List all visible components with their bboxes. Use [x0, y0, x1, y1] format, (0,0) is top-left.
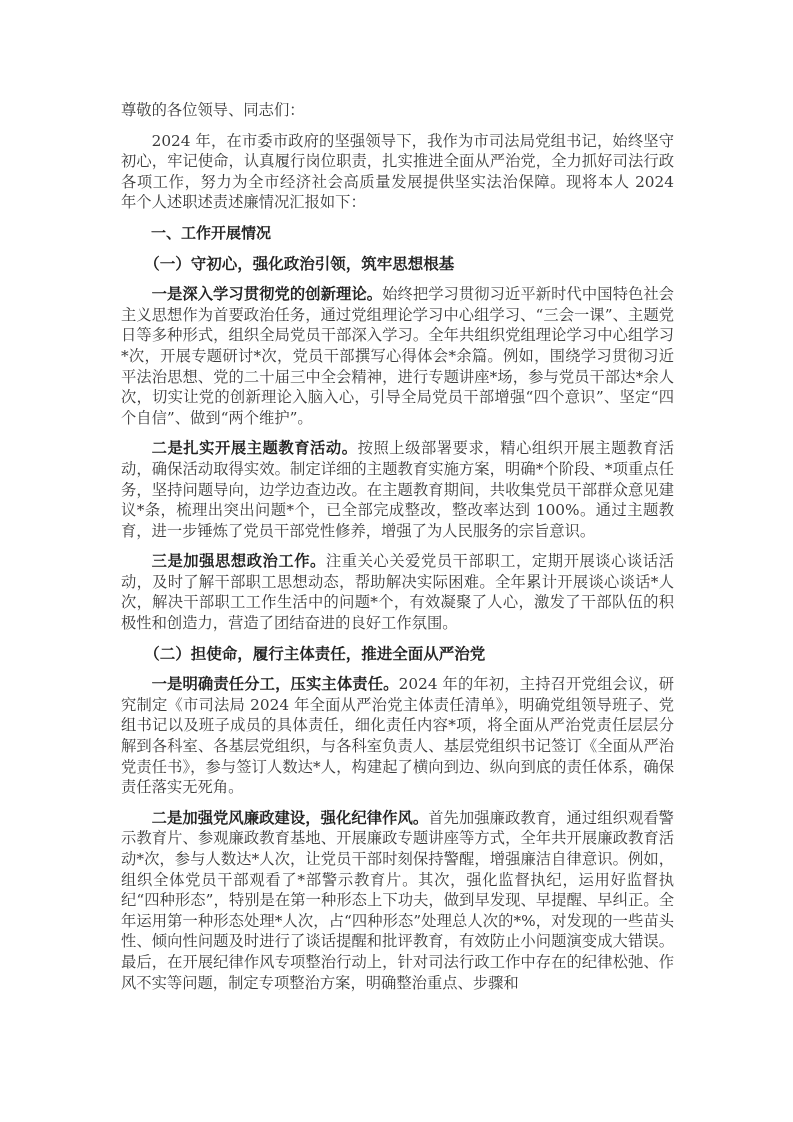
paragraph-theory-study: 一是深入学习贯彻党的创新理论。始终把学习贯彻习近平新时代中国特色社会主义思想作为…	[121, 284, 674, 428]
document-page: 尊敬的各位领导、同志们： 2024 年，在市委市政府的坚强领导下，我作为市司法局…	[121, 100, 674, 1003]
paragraph-theme-education: 二是扎实开展主题教育活动。按照上级部署要求，精心组织开展主题教育活动，确保活动取…	[121, 438, 674, 541]
subsection-heading-1: （一）守初心，强化政治引领，筑牢思想根基	[121, 254, 674, 275]
intro-paragraph: 2024 年，在市委市政府的坚强领导下，我作为市司法局党组书记，始终坚守初心，牢…	[121, 131, 674, 213]
paragraph-lead: 一是明确责任分工，压实主体责任。	[152, 675, 399, 693]
section-heading-work-overview: 一、工作开展情况	[121, 223, 674, 244]
paragraph-lead: 一是深入学习贯彻党的创新理论。	[152, 285, 383, 303]
paragraph-body: 2024 年的年初，主持召开党组会议，研究制定《市司法局 2024 年全面从严治…	[121, 675, 674, 796]
paragraph-lead: 二是扎实开展主题教育活动。	[152, 439, 358, 457]
salutation: 尊敬的各位领导、同志们：	[121, 100, 674, 121]
paragraph-clean-governance: 二是加强党风廉政建设，强化纪律作风。首先加强廉政教育，通过组织观看警示教育片、参…	[121, 808, 674, 993]
paragraph-responsibility: 一是明确责任分工，压实主体责任。2024 年的年初，主持召开党组会议，研究制定《…	[121, 674, 674, 798]
paragraph-body: 始终把学习贯彻习近平新时代中国特色社会主义思想作为首要政治任务，通过党组理论学习…	[121, 285, 674, 427]
paragraph-lead: 三是加强思想政治工作。	[152, 552, 326, 570]
paragraph-body: 首先加强廉政教育，通过组织观看警示教育片、参观廉政教育基地、开展廉政专题讲座等方…	[121, 809, 674, 992]
paragraph-political-work: 三是加强思想政治工作。注重关心关爱党员干部职工，定期开展谈心谈话活动，及时了解干…	[121, 551, 674, 633]
subsection-heading-2: （二）担使命，履行主体责任，推进全面从严治党	[121, 644, 674, 665]
paragraph-lead: 二是加强党风廉政建设，强化纪律作风。	[152, 809, 429, 827]
